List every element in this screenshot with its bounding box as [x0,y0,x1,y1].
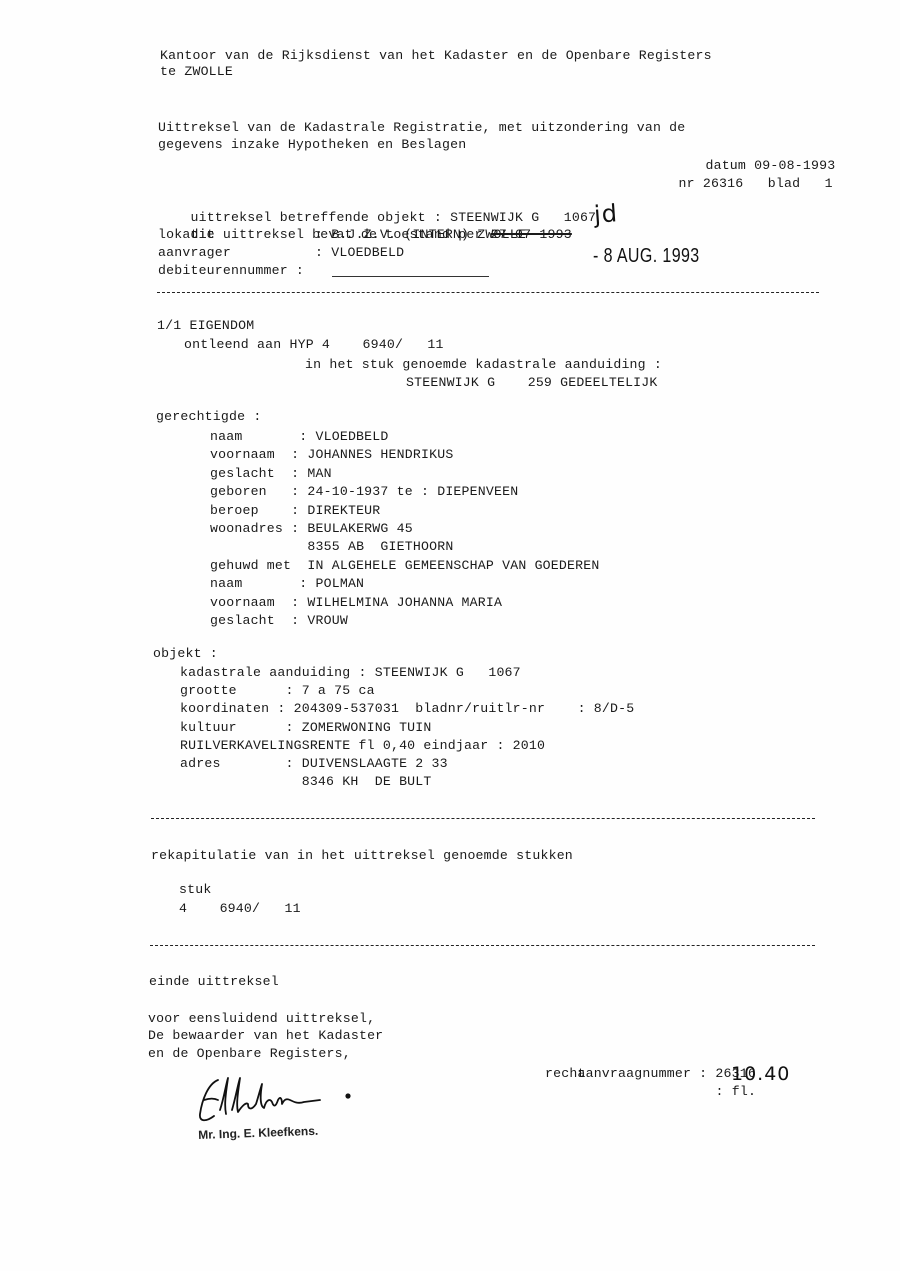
field-value: IN ALGEHELE GEMEENSCHAP VAN GOEDEREN [299,558,599,573]
field-label [210,539,283,554]
gerechtigde-row: naam : VLOEDBELD [210,428,389,446]
title-line-1: Uittreksel van de Kadastrale Registratie… [158,119,685,137]
field-label: voornaam [210,447,283,462]
office-line-1: Kantoor van de Rijksdienst van het Kadas… [160,47,712,65]
divider [157,292,819,293]
gerechtigde-row: voornaam : JOHANNES HENDRIKUS [210,446,453,464]
lokatie-value: : B.J.Z.V. (INTERN) ZWOLLE [315,226,526,244]
lokatie-label: lokatie [158,226,215,244]
nr-label: nr [678,176,694,191]
signature-icon [190,1070,370,1130]
objekt-row: kadastrale aanduiding : STEENWIJK G 1067 [180,664,521,682]
recht-label: recht [545,1065,586,1083]
office-line-2: te ZWOLLE [160,63,233,81]
field-label: geslacht [210,466,283,481]
field-label: voornaam [210,595,283,610]
ontleend-line: ontleend aan HYP 4 6940/ 11 [184,336,444,354]
field-value: : 24-10-1937 te : DIEPENVEEN [291,484,518,499]
einde-line: einde uittreksel [149,973,279,991]
date-stamp: - 8 AUG. 1993 [593,245,700,268]
field-value: : JOHANNES HENDRIKUS [291,447,453,462]
gerechtigde-row: gehuwd met IN ALGEHELE GEMEENSCHAP VAN G… [210,557,599,575]
field-label: gehuwd met [210,558,291,573]
stuk-value: 4 6940/ 11 [179,900,301,918]
aanvrager-label: aanvrager [158,244,231,262]
divider [151,818,815,819]
field-value: : VLOEDBELD [299,429,388,444]
field-label: geboren [210,484,283,499]
objekt-row: 8346 KH DE BULT [180,773,432,791]
objekt-row: koordinaten : 204309-537031 bladnr/ruitl… [180,700,634,718]
objekt-row: adres : DUIVENSLAAGTE 2 33 [180,755,448,773]
rekapitulatie-heading: rekapitulatie van in het uittreksel geno… [151,847,573,865]
field-value: : POLMAN [299,576,364,591]
stuk-label: stuk [179,881,211,899]
field-value: : WILHELMINA JOHANNA MARIA [291,595,502,610]
divider [150,945,815,946]
field-value: : VROUW [291,613,348,628]
field-value: 8355 AB GIETHOORN [291,539,453,554]
recht-value-handwritten: 10.40 [731,1063,790,1085]
objekt-row: kultuur : ZOMERWONING TUIN [180,719,432,737]
gerechtigde-row: beroep : DIREKTEUR [210,502,380,520]
debiteur-label: debiteurennummer : [158,262,304,280]
field-label: naam [210,429,291,444]
document-page: Kantoor van de Rijksdienst van het Kadas… [0,0,900,1271]
recht-prefix: fl. [732,1084,756,1099]
objekt-heading: objekt : [153,645,218,663]
field-value: : MAN [291,466,332,481]
gerechtigde-row: woonadres : BEULAKERWG 45 [210,520,413,538]
gerechtigde-row: voornaam : WILHELMINA JOHANNA MARIA [210,594,502,612]
gerechtigde-heading: gerechtigde : [156,408,261,426]
bewaarder-line-2: en de Openbare Registers, [148,1045,351,1063]
recht-colon: : [715,1084,723,1099]
eensluidend-line: voor eensluidend uittreksel, [148,1010,375,1028]
handwritten-initials: jd [593,199,619,229]
gerechtigde-row: geboren : 24-10-1937 te : DIEPENVEEN [210,483,518,501]
blad-label: blad [768,176,800,191]
nr-blad-field: nr 26316 blad 1 [646,157,833,211]
aanduiding-line: STEENWIJK G 259 GEDEELTELIJK [406,374,658,392]
field-label: geslacht [210,613,283,628]
field-label: woonadres [210,521,283,536]
gerechtigde-row: naam : POLMAN [210,575,364,593]
blad-value: 1 [825,176,833,191]
field-value: : DIREKTEUR [291,503,380,518]
gerechtigde-row: geslacht : MAN [210,465,332,483]
stuk-line: in het stuk genoemde kadastrale aanduidi… [305,356,662,374]
objekt-row: grootte : 7 a 75 ca [180,682,375,700]
debiteur-field [332,276,489,277]
aanvrager-value: : VLOEDBELD [315,244,404,262]
title-line-2: gegevens inzake Hypotheken en Beslagen [158,136,466,154]
gerechtigde-row: 8355 AB GIETHOORN [210,538,453,556]
field-label: naam [210,576,291,591]
field-label: beroep [210,503,283,518]
eigendom-heading: 1/1 EIGENDOM [157,317,254,335]
objekt-row: RUILVERKAVELINGSRENTE fl 0,40 eindjaar :… [180,737,545,755]
bewaarder-line-1: De bewaarder van het Kadaster [148,1027,383,1045]
nr-value: 26316 [703,176,744,191]
gerechtigde-row: geslacht : VROUW [210,612,348,630]
field-value: : BEULAKERWG 45 [291,521,413,536]
signatory-name: Mr. Ing. E. Kleefkens. [198,1124,318,1142]
